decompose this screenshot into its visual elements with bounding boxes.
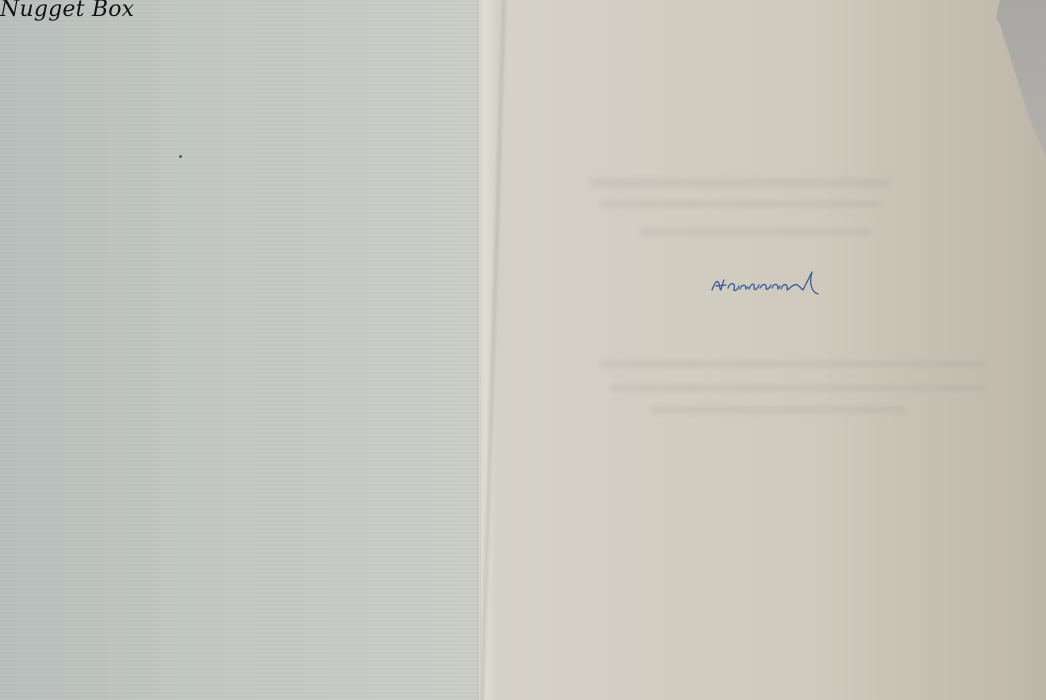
ghost-text-line bbox=[600, 360, 985, 368]
watermark-label: Nugget Box bbox=[0, 0, 134, 22]
signature bbox=[708, 268, 823, 298]
speck bbox=[179, 155, 182, 158]
ghost-text-line bbox=[610, 384, 985, 392]
photo-scene: Nugget Box bbox=[0, 0, 1046, 700]
right-title-page bbox=[470, 0, 1046, 700]
ghost-text-line bbox=[590, 178, 890, 188]
ghost-text-line bbox=[600, 200, 880, 208]
sheet-edge bbox=[478, 0, 481, 700]
ghost-text-line bbox=[650, 406, 905, 414]
ghost-text-line bbox=[640, 228, 870, 236]
left-blank-page bbox=[0, 0, 478, 700]
